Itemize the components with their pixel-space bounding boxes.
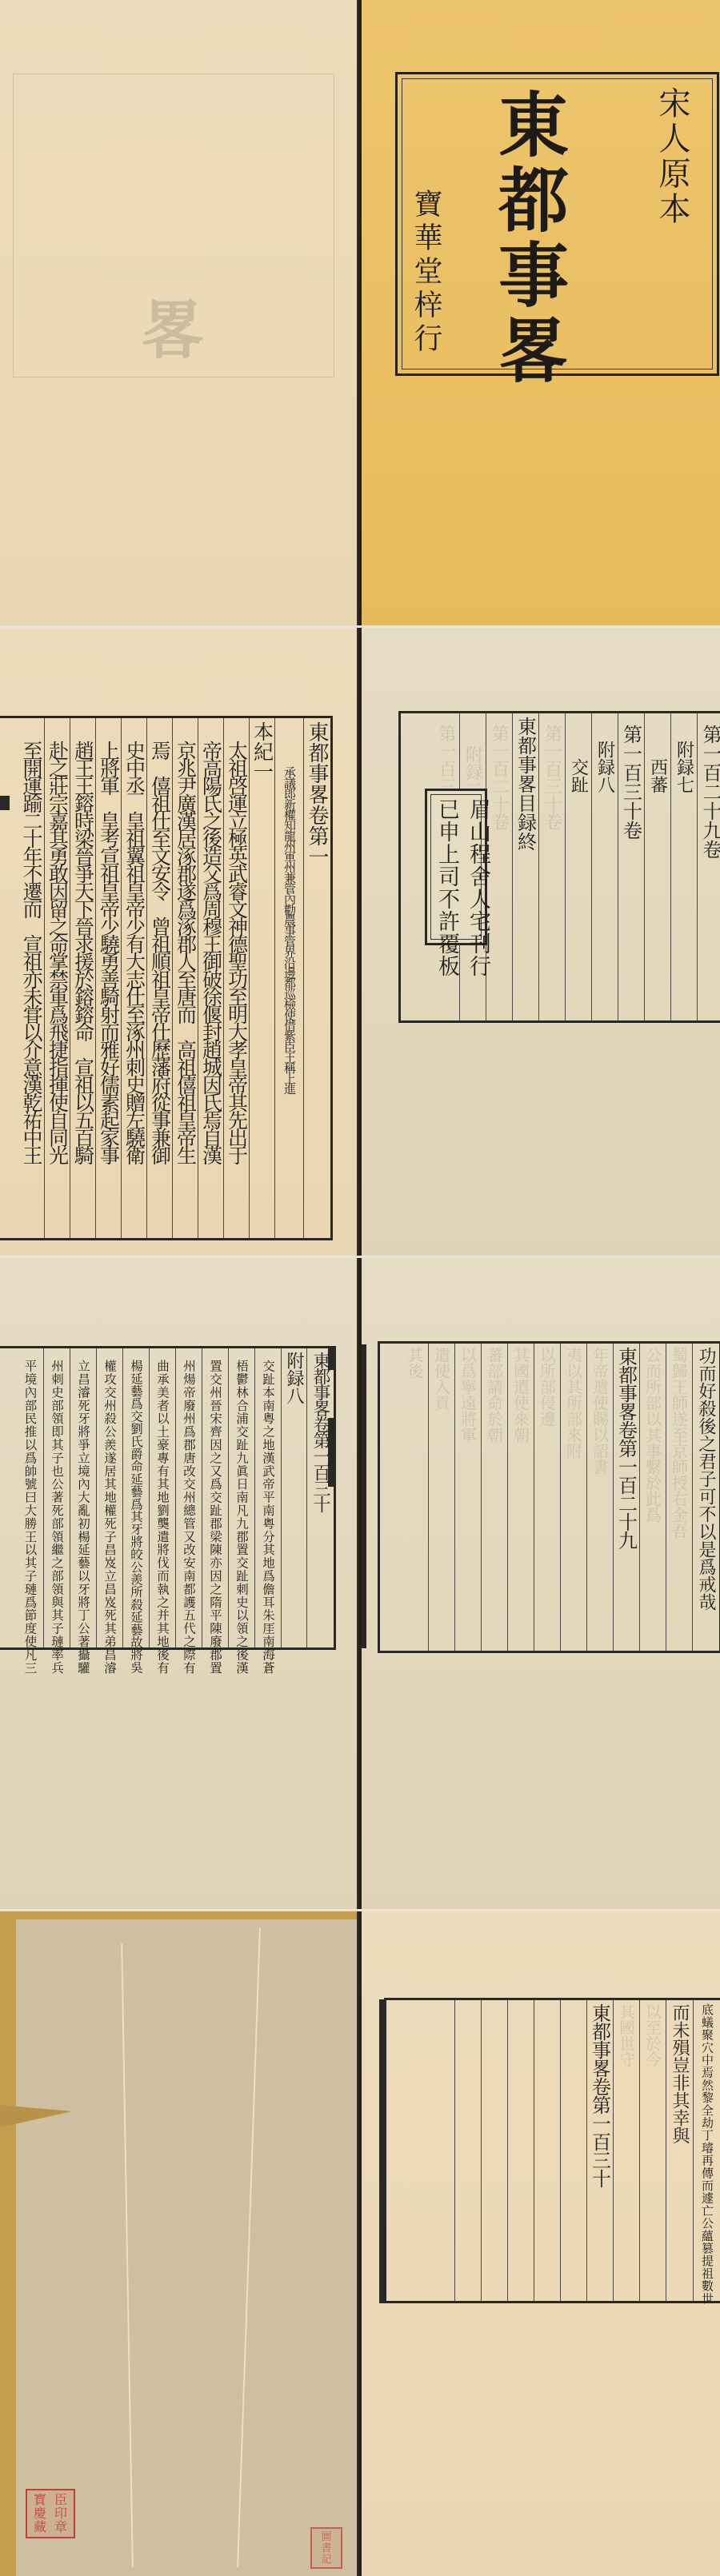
toc-entry: 附録七 xyxy=(670,713,697,1020)
text-column: 遣使入貢 xyxy=(428,1344,454,1651)
volume-end-label: 東都事畧卷第一百三十 xyxy=(586,2003,614,2187)
text-column: 以所部侵邊 xyxy=(534,1344,560,1651)
text-column: 史中丞 皇祖翼祖皇帝少有大志仕至涿州刺史贈左驍衛 xyxy=(121,718,146,1238)
printed-block: 東都事畧卷第一 承議郎新權知龍州軍州兼管內勸農事管界沿邊都巡檢使借紫臣王稱上進 … xyxy=(0,716,333,1240)
text-line: 州煬帝廢州爲郡唐改交州總管又改安南都護五代之際有 xyxy=(180,1360,198,1675)
text-column: 交趾本南粤之地漢武帝平南粤分其地爲儋耳朱厓南海蒼 xyxy=(254,1348,281,1647)
column-volume-heading: 東都事畧卷第一 xyxy=(303,718,330,1238)
seal-char: 記 xyxy=(314,2554,338,2565)
toc-end-label: 東都事畧目録終 xyxy=(512,717,540,851)
text-column: 曲承美者以土豪專有其地劉龑遣將伐而執之并其地後有 xyxy=(149,1348,175,1647)
text-line: 曲承美者以土豪專有其地劉龑遣將伐而執之并其地後有 xyxy=(154,1360,171,1675)
text-line: 太祖啓運立極英武睿文神德聖功至明大孝皇帝其先出于 xyxy=(222,741,251,1163)
text-column: 公而所部以其事繫於此爲 xyxy=(639,1344,666,1651)
text-line: 平境內部民推以爲帥號曰大勝王以其子璉爲節度使凡三 xyxy=(22,1360,39,1675)
toc-volume-129: 第一百二十九卷 xyxy=(697,725,720,859)
fishtail-mark xyxy=(328,1348,334,1370)
toc-appendix-8: 附録八 xyxy=(593,741,618,793)
printed-block: 東都事畧卷第一百三十 附録八 交趾本南粤之地漢武帝平南粤分其地爲儋耳朱厓南海蒼 … xyxy=(0,1346,336,1650)
text-column xyxy=(428,2000,454,2301)
text-columns: 東都事畧卷第一百三十 附録八 交趾本南粤之地漢武帝平南粤分其地爲儋耳朱厓南海蒼 … xyxy=(0,1348,334,1647)
endpaper xyxy=(16,1919,358,2576)
colophon-box: 眉山程舍人宅刊行 已申上司不許覆板 xyxy=(425,789,487,945)
column-section-heading: 附録八 xyxy=(281,1348,306,1647)
volume-130-end-page: 底蟻聚穴中焉然黎全劫丁璿再傳而遽亡公蘊篡提祖數世 而未殞豈非其幸與 以至於今 其… xyxy=(362,1911,720,2576)
ghost-text: 遣使入貢 xyxy=(430,1347,454,1411)
collector-seal-small: 圖 書 記 xyxy=(310,2527,342,2569)
text-columns: 功而好殺後之君子可不以是爲戒哉 蜀歸王師遂至京師授右金吾 公而所部以其事繫於此爲… xyxy=(380,1344,719,1651)
text-column xyxy=(534,2000,560,2301)
text-columns: 底蟻聚穴中焉然黎全劫丁璿再傳而遽亡公蘊篡提祖數世 而未殞豈非其幸與 以至於今 其… xyxy=(386,2000,720,2301)
ghost-text: 公而所部以其事繫於此爲 xyxy=(642,1347,665,1523)
text-line: 史中丞 皇祖翼祖皇帝少有大志仕至涿州刺史贈左驍衛 xyxy=(120,741,149,1163)
column-author: 承議郎新權知龍州軍州兼管內勸農事管界沿邊都巡檢使借紫臣王稱上進 xyxy=(274,718,303,1238)
author-line: 承議郎新權知龍州軍州兼管內勸農事管界沿邊都巡檢使借紫臣王稱上進 xyxy=(283,766,295,1093)
ghost-text: 夷以其所部來附 xyxy=(562,1347,586,1459)
text-column: 東都事畧卷第一百二十九 xyxy=(613,1344,639,1651)
toc-volume-130: 第一百三十卷 xyxy=(618,725,646,840)
text-column: 權攻交州殺公羨遂居其地權死子昌岌立昌岌死其弟昌濬 xyxy=(96,1348,122,1647)
spread-1: 畧 宋人原本 東都事畧 寶華堂梓行 xyxy=(0,0,720,626)
text-column: 置交州晉宋齊因之又爲交趾郡梁陳亦因之隋平陳廢郡置 xyxy=(202,1348,228,1647)
ghost-text: 蕃部請命於朝 xyxy=(483,1347,506,1443)
text-page-volume-130: 東都事畧卷第一百三十 附録八 交趾本南粤之地漢武帝平南粤分其地爲儋耳朱厓南海蒼 … xyxy=(0,1258,358,1910)
text-line: 底蟻聚穴中焉然黎全劫丁璿再傳而遽亡公蘊篡提祖數世 xyxy=(699,2003,716,2305)
text-column: 太祖啓運立極英武睿文神德聖功至明大孝皇帝其先出于 xyxy=(223,718,249,1238)
block-edge xyxy=(379,1999,384,2303)
text-column: 夷以其所部來附 xyxy=(560,1344,586,1651)
text-column xyxy=(481,2000,507,2301)
collector-seal-large: 寳 臣 慶 印 藏 章 xyxy=(26,2489,75,2538)
text-column: 趙王王鎔時梁晉爭天下晉求援於鎔鎔命 宣祖以五百騎 xyxy=(70,718,95,1238)
text-column: 蜀歸王師遂至京師授右金吾 xyxy=(666,1344,692,1651)
printed-block: 第一百二十九卷 附録七 西蕃 第一百三十卷 附録八 交趾 第一百三十卷 東都事畧… xyxy=(398,711,720,1023)
text-line: 權攻交州殺公羨遂居其地權死子昌岌立昌岌死其弟昌濬 xyxy=(101,1360,118,1675)
text-columns: 東都事畧卷第一 承議郎新權知龍州軍州兼管內勸農事管界沿邊都巡檢使借紫臣王稱上進 … xyxy=(0,718,330,1238)
section-heading: 附録八 xyxy=(282,1352,306,1404)
showthrough-char: 畧 xyxy=(122,296,214,360)
text-column: 京兆尹廣漢居涿郡遂爲涿郡人至唐而 高祖僖祖皇帝生 xyxy=(172,718,198,1238)
text-line: 帝高陽氏之後造父爲周穆王御破徐偃封趙城因氏焉自漢 xyxy=(197,741,226,1163)
text-column: 立昌濬死牙將爭立境內大亂初楊延藝以牙將丁公著攝驩 xyxy=(70,1348,96,1647)
text-line: 立昌濬死牙將爭立境內大亂初楊延藝以牙將丁公著攝驩 xyxy=(74,1360,92,1675)
toc-entry: 第一百三十卷 xyxy=(618,713,644,1020)
toc-entry: 第一百二十九卷 xyxy=(697,713,720,1020)
edition-label: 宋人原本 xyxy=(656,86,688,227)
fishtail-mark xyxy=(328,1418,334,1487)
toc-xifan: 西蕃 xyxy=(646,758,670,793)
text-column: 焉 僖祖仕至文安令 曾祖順祖皇帝仕歷藩府從事兼御 xyxy=(146,718,172,1238)
text-column: 而未殞豈非其幸與 xyxy=(666,2000,693,2301)
text-line: 交趾本南粤之地漢武帝平南粤分其地爲儋耳朱厓南海蒼 xyxy=(259,1360,277,1675)
ghost-text: 其國遣使來朝 xyxy=(510,1347,533,1443)
volume-129-end-page: 功而好殺後之君子可不以是爲戒哉 蜀歸王師遂至京師授右金吾 公而所部以其事繫於此爲… xyxy=(362,1258,720,1910)
toc-jiaozhi: 交趾 xyxy=(566,758,591,793)
text-line: 而未殞豈非其幸與 xyxy=(667,2003,692,2144)
text-column: 以爲寧遠將軍 xyxy=(454,1344,481,1651)
volume-heading: 東都事畧卷第一 xyxy=(302,721,332,867)
toc-entry: 東都事畧目録終 xyxy=(512,713,538,1020)
seal-char: 圖 xyxy=(314,2531,338,2542)
ghost-text: 以至於今 xyxy=(642,2003,665,2067)
text-column: 上將軍 皇考宣祖皇帝少驍勇善騎射而雅好儒素起家事 xyxy=(95,718,121,1238)
text-line: 梧鬱林合浦交趾九眞日南凡九郡置交趾刺史以領之後漢 xyxy=(233,1360,250,1675)
seal-char: 慶 xyxy=(30,2506,50,2520)
text-line: 州刺史部領即其子也公著死部領繼之部領與其子璉率兵 xyxy=(48,1360,66,1675)
toc-entry: 西蕃 xyxy=(644,713,670,1020)
ghost-text: 蜀歸王師遂至京師授右金吾 xyxy=(668,1347,691,1539)
seal-char: 寳 xyxy=(30,2493,50,2506)
text-column: 帝高陽氏之後造父爲周穆王御破徐偃封趙城因氏焉自漢 xyxy=(198,718,223,1238)
text-column xyxy=(507,2000,534,2301)
back-cover-page: 寳 臣 慶 印 藏 章 圖 書 記 xyxy=(0,1911,358,2576)
text-column: 年帝遣使賜以詔書 xyxy=(586,1344,613,1651)
text-column: 底蟻聚穴中焉然黎全劫丁璿再傳而遽亡公蘊篡提祖數世 xyxy=(693,2000,720,2301)
toc-entry: 附録八 xyxy=(591,713,618,1020)
text-line: 上將軍 皇考宣祖皇帝少驍勇善騎射而雅好儒素起家事 xyxy=(94,741,123,1163)
ghost-text: 其後 xyxy=(403,1347,426,1379)
book-title: 東都事畧 xyxy=(494,88,564,389)
seal-char: 印 xyxy=(50,2506,71,2520)
section-heading: 本紀一 xyxy=(248,721,277,781)
seal-char: 臣 xyxy=(50,2493,71,2506)
publisher-label: 寶華堂梓行 xyxy=(411,189,440,357)
spread-2: 東都事畧卷第一 承議郎新權知龍州軍州兼管內勸農事管界沿邊都巡檢使借紫臣王稱上進 … xyxy=(0,628,720,1256)
block-edge xyxy=(362,1344,366,1648)
seal-char: 藏 xyxy=(30,2521,50,2534)
ghost-text: 以所部侵邊 xyxy=(536,1347,559,1427)
toc-entry: 第一百三十卷 xyxy=(538,713,565,1020)
colophon-line-2: 已申上司不許覆板 xyxy=(431,798,462,977)
fishtail-mark xyxy=(0,796,10,810)
title-page: 宋人原本 東都事畧 寶華堂梓行 xyxy=(362,0,720,626)
toc-entry: 交趾 xyxy=(565,713,591,1020)
printed-block: 功而好殺後之君子可不以是爲戒哉 蜀歸王師遂至京師授右金吾 公而所部以其事繫於此爲… xyxy=(378,1341,720,1653)
text-column: 功而好殺後之君子可不以是爲戒哉 xyxy=(692,1344,719,1651)
text-column: 楊延藝爲交劉氏爵命延藝爲其牙將皎公羨所殺延藝故將吳 xyxy=(122,1348,149,1647)
toc-appendix-7: 附録七 xyxy=(672,741,697,793)
seal-char: 章 xyxy=(50,2521,71,2534)
seal-char: 書 xyxy=(314,2542,338,2554)
text-column: 其國遣使來朝 xyxy=(507,1344,534,1651)
text-column: 州煬帝廢州爲郡唐改交州總管又改安南都護五代之際有 xyxy=(175,1348,202,1647)
text-column: 赴之莊宗嘉其勇敢因留之命掌禁軍爲飛捷指揮使自同光 xyxy=(44,718,70,1238)
text-line: 置交州晉宋齊因之又爲交趾郡梁陳亦因之隋平陳廢郡置 xyxy=(206,1360,224,1675)
text-column: 蕃部請命於朝 xyxy=(481,1344,507,1651)
colophon-line-1: 眉山程舍人宅刊行 xyxy=(462,798,494,977)
ghost-text: 第一百三十卷 xyxy=(540,725,565,830)
text-column: 平境內部民推以爲帥號曰大勝王以其子璉爲節度使凡三 xyxy=(17,1348,43,1647)
spread-3: 東都事畧卷第一百三十 附録八 交趾本南粤之地漢武帝平南粤分其地爲儋耳朱厓南海蒼 … xyxy=(0,1258,720,1910)
text-column: 以至於今 xyxy=(639,2000,666,2301)
spread-4: 寳 臣 慶 印 藏 章 圖 書 記 底蟻聚穴中焉然黎全劫丁璿再傳而遽亡公蘊篡提祖… xyxy=(0,1911,720,2576)
ghost-text: 以爲寧遠將軍 xyxy=(457,1347,480,1443)
text-line: 楊延藝爲交劉氏爵命延藝爲其牙將皎公羨所殺延藝故將吳 xyxy=(127,1360,145,1674)
text-line: 赴之莊宗嘉其勇敢因留之命掌禁軍爲飛捷指揮使自同光 xyxy=(43,741,72,1163)
text-column: 至開運踰二十年不遷而 宣祖亦未甞以介意漢乾祐中王 xyxy=(18,718,44,1238)
text-line: 京兆尹廣漢居涿郡遂爲涿郡人至唐而 高祖僖祖皇帝生 xyxy=(171,741,200,1163)
text-page-volume-1: 東都事畧卷第一 承議郎新權知龍州軍州兼管內勸農事管界沿邊都巡檢使借紫臣王稱上進 … xyxy=(0,628,358,1256)
printed-block: 底蟻聚穴中焉然黎全劫丁璿再傳而遽亡公蘊篡提祖數世 而未殞豈非其幸與 以至於今 其… xyxy=(384,1998,720,2303)
text-line: 趙王王鎔時梁晉爭天下晉求援於鎔鎔命 宣祖以五百騎 xyxy=(69,741,98,1163)
text-column: 州刺史部領即其子也公著死部領繼之部領與其子璉率兵 xyxy=(43,1348,70,1647)
text-line: 焉 僖祖仕至文安令 曾祖順祖皇帝仕歷藩府從事兼御 xyxy=(146,741,174,1163)
blank-verso-page: 畧 xyxy=(0,0,358,626)
text-column: 其後 xyxy=(402,1344,428,1651)
text-line: 功而好殺後之君子可不以是爲戒哉 xyxy=(694,1347,718,1611)
text-column: 梧鬱林合浦交趾九眞日南凡九郡置交趾刺史以領之後漢 xyxy=(228,1348,254,1647)
text-column: 東都事畧卷第一百三十 xyxy=(586,2000,613,2301)
column-volume-heading: 東都事畧卷第一百三十 xyxy=(306,1348,334,1647)
text-column xyxy=(560,2000,586,2301)
ghost-text: 年帝遣使賜以詔書 xyxy=(589,1347,612,1475)
column-section-heading: 本紀一 xyxy=(249,718,274,1238)
text-column: 其國世守 xyxy=(613,2000,639,2301)
volume-end-label: 東都事畧卷第一百二十九 xyxy=(613,1347,641,1549)
text-column xyxy=(454,2000,481,2301)
toc-end-page: 第一百二十九卷 附録七 西蕃 第一百三十卷 附録八 交趾 第一百三十卷 東都事畧… xyxy=(362,628,720,1256)
ghost-text: 其國世守 xyxy=(615,2003,638,2067)
text-line: 至開運踰二十年不遷而 宣祖亦未甞以介意漢乾祐中王 xyxy=(17,741,46,1163)
